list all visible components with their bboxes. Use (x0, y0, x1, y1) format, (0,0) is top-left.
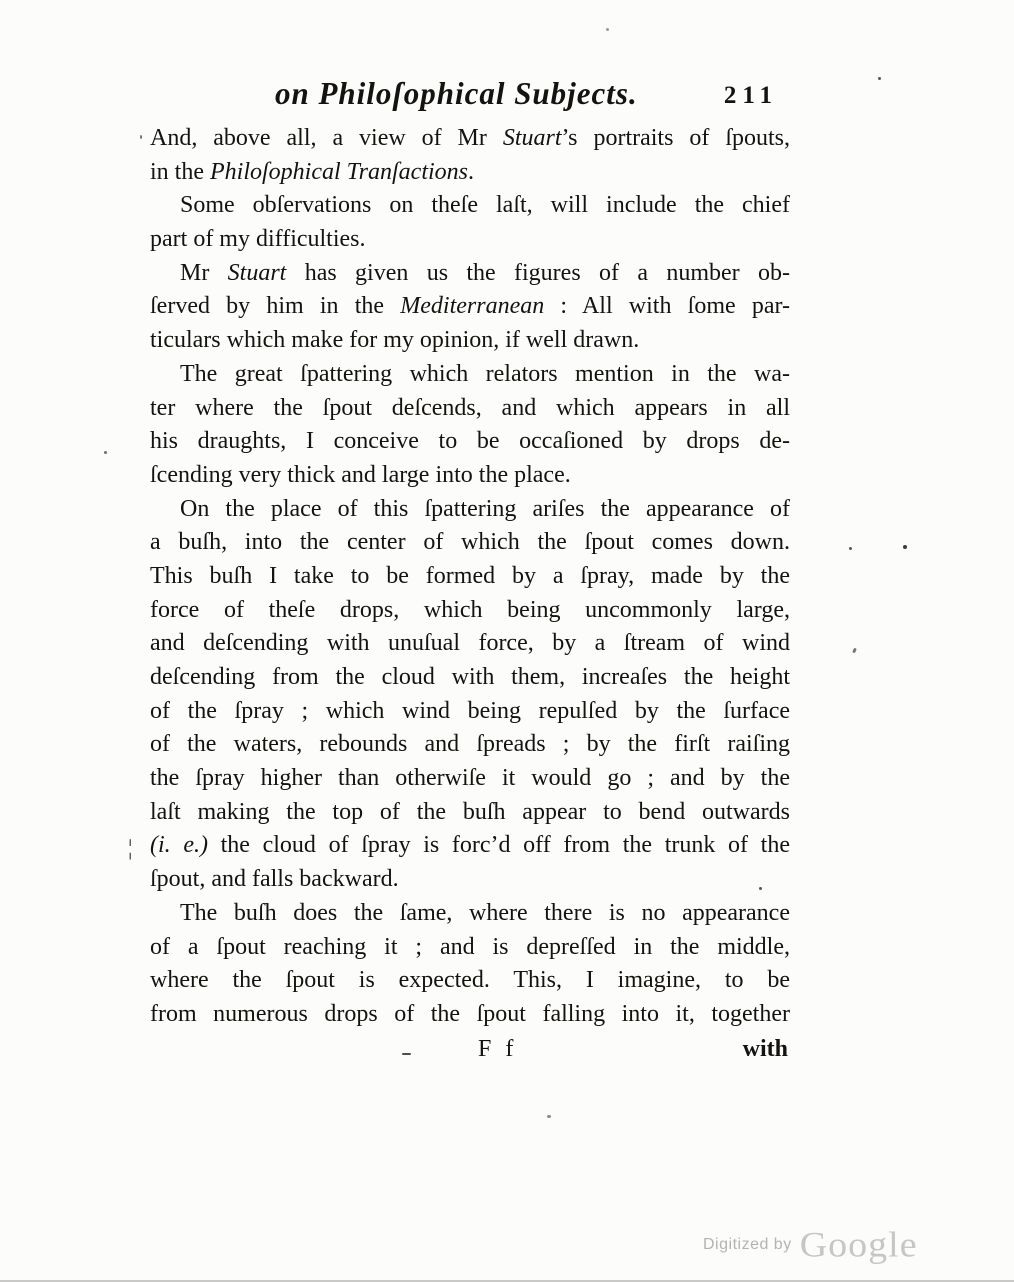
text-segment: the ſpray higher than otherwiſe it would… (150, 765, 790, 791)
text-segment: and deſcending with unuſual force, by a … (150, 630, 790, 656)
text-line: This buſh I take to be formed by a ſpray… (150, 560, 790, 594)
text-segment: of the waters, rebounds and ſpreads ; by… (150, 731, 790, 757)
digitizer-watermark: Digitized by Google (703, 1222, 918, 1268)
margin-mark: ¦ (128, 831, 132, 865)
text-line: ter where the ſpout deſcends, and which … (150, 392, 790, 426)
text-segment: Mr (180, 260, 228, 286)
text-segment: ’s portraits of ſpouts, (562, 125, 790, 151)
text-line: in the Philoſophical Tranſactions. (150, 156, 790, 190)
digitized-by-label: Digitized by (703, 1236, 792, 1254)
text-line: laſt making the top of the buſh appear t… (150, 796, 790, 830)
text-line: On the place of this ſpattering ariſes t… (150, 493, 790, 527)
text-segment: part of my difficulties. (150, 226, 366, 252)
text-line: and deſcending with unuſual force, by a … (150, 627, 790, 661)
catchword: with (743, 1036, 788, 1063)
text-line: Some obſervations on theſe laſt, will in… (150, 189, 790, 223)
running-head-row: on Philoſophical Subjects. 211 (150, 76, 790, 120)
scan-speck (903, 545, 907, 549)
text-line: of the ſpray ; which wind being repulſed… (150, 695, 790, 729)
italic-text-segment: Stuart (228, 260, 287, 286)
text-line: the ſpray higher than otherwiſe it would… (150, 762, 790, 796)
text-segment: ticulars which make for my opinion, if w… (150, 327, 639, 353)
text-segment: in the (150, 159, 210, 185)
scan-speck (140, 135, 142, 139)
text-line: force of theſe drops, which being uncomm… (150, 594, 790, 628)
text-line: ¦(i. e.) the cloud of ſpray is forc’d of… (150, 829, 790, 863)
text-segment: his draughts, I conceive to be occaſione… (150, 428, 790, 454)
text-segment: The great ſpattering which relators ment… (180, 361, 790, 387)
page-number: 211 (724, 82, 778, 110)
text-segment: of a ſpout reaching it ; and is depreſſe… (150, 934, 790, 960)
italic-text-segment: Stuart (503, 125, 562, 151)
text-segment: the cloud of ſpray is forc’d off from th… (208, 832, 790, 858)
google-logo: Google (800, 1224, 918, 1266)
text-segment: : All with ſome par- (544, 293, 790, 319)
italic-text-segment: Mediterranean (400, 293, 544, 319)
italic-text-segment: (i. e.) (150, 832, 208, 858)
text-block: And, above all, a view of Mr Stuart’s po… (150, 122, 790, 1032)
text-segment: force of theſe drops, which being uncomm… (150, 597, 790, 623)
text-line: The great ſpattering which relators ment… (150, 358, 790, 392)
text-line: ſerved by him in the Mediterranean : All… (150, 290, 790, 324)
scan-speck (402, 1053, 411, 1055)
scan-speck (104, 451, 107, 454)
text-line: a buſh, into the center of which the ſpo… (150, 526, 790, 560)
text-segment: from numerous drops of the ſpout falling… (150, 1001, 790, 1027)
text-segment: Some obſervations on theſe laſt, will in… (180, 192, 790, 218)
scanned-book-page: on Philoſophical Subjects. 211 And, abov… (0, 0, 1014, 1282)
italic-text-segment: Philoſophical Tranſactions (210, 159, 468, 185)
text-line: where the ſpout is expected. This, I ima… (150, 964, 790, 998)
text-line: ſcending very thick and large into the p… (150, 459, 790, 493)
text-line: of a ſpout reaching it ; and is depreſſe… (150, 931, 790, 965)
signature-mark: F f (478, 1036, 517, 1063)
text-segment: laſt making the top of the buſh appear t… (150, 799, 790, 825)
text-line: Mr Stuart has given us the figures of a … (150, 257, 790, 291)
text-segment: deſcending from the cloud with them, inc… (150, 664, 790, 690)
text-line: deſcending from the cloud with them, inc… (150, 661, 790, 695)
text-segment: of the ſpray ; which wind being repulſed… (150, 698, 790, 724)
text-line: And, above all, a view of Mr Stuart’s po… (150, 122, 790, 156)
text-segment: On the place of this ſpattering ariſes t… (180, 496, 790, 522)
scan-speck (878, 77, 881, 80)
scan-speck (849, 547, 852, 550)
text-line: of the waters, rebounds and ſpreads ; by… (150, 728, 790, 762)
text-line: ſpout, and falls backward. (150, 863, 790, 897)
text-segment: ſerved by him in the (150, 293, 400, 319)
text-segment: ſcending very thick and large into the p… (150, 462, 571, 488)
scan-speck (606, 28, 609, 31)
text-line: The buſh does the ſame, where there is n… (150, 897, 790, 931)
scan-speck (852, 648, 857, 654)
text-segment: The buſh does the ſame, where there is n… (180, 900, 790, 926)
text-line: part of my difficulties. (150, 223, 790, 257)
text-segment: And, above all, a view of Mr (150, 125, 503, 151)
text-segment: This buſh I take to be formed by a ſpray… (150, 563, 790, 589)
text-line: his draughts, I conceive to be occaſione… (150, 425, 790, 459)
text-segment: ter where the ſpout deſcends, and which … (150, 395, 790, 421)
text-line: ticulars which make for my opinion, if w… (150, 324, 790, 358)
text-segment: . (468, 159, 474, 185)
text-segment: where the ſpout is expected. This, I ima… (150, 967, 790, 993)
scan-speck (759, 887, 762, 890)
running-head-title: on Philoſophical Subjects. (275, 76, 605, 113)
text-segment: ſpout, and falls backward. (150, 866, 399, 892)
footer-row: F f with (150, 1036, 790, 1070)
text-line: from numerous drops of the ſpout falling… (150, 998, 790, 1032)
text-segment: a buſh, into the center of which the ſpo… (150, 529, 790, 555)
text-segment: has given us the figures of a number ob- (286, 260, 790, 286)
scan-speck (547, 1115, 551, 1118)
